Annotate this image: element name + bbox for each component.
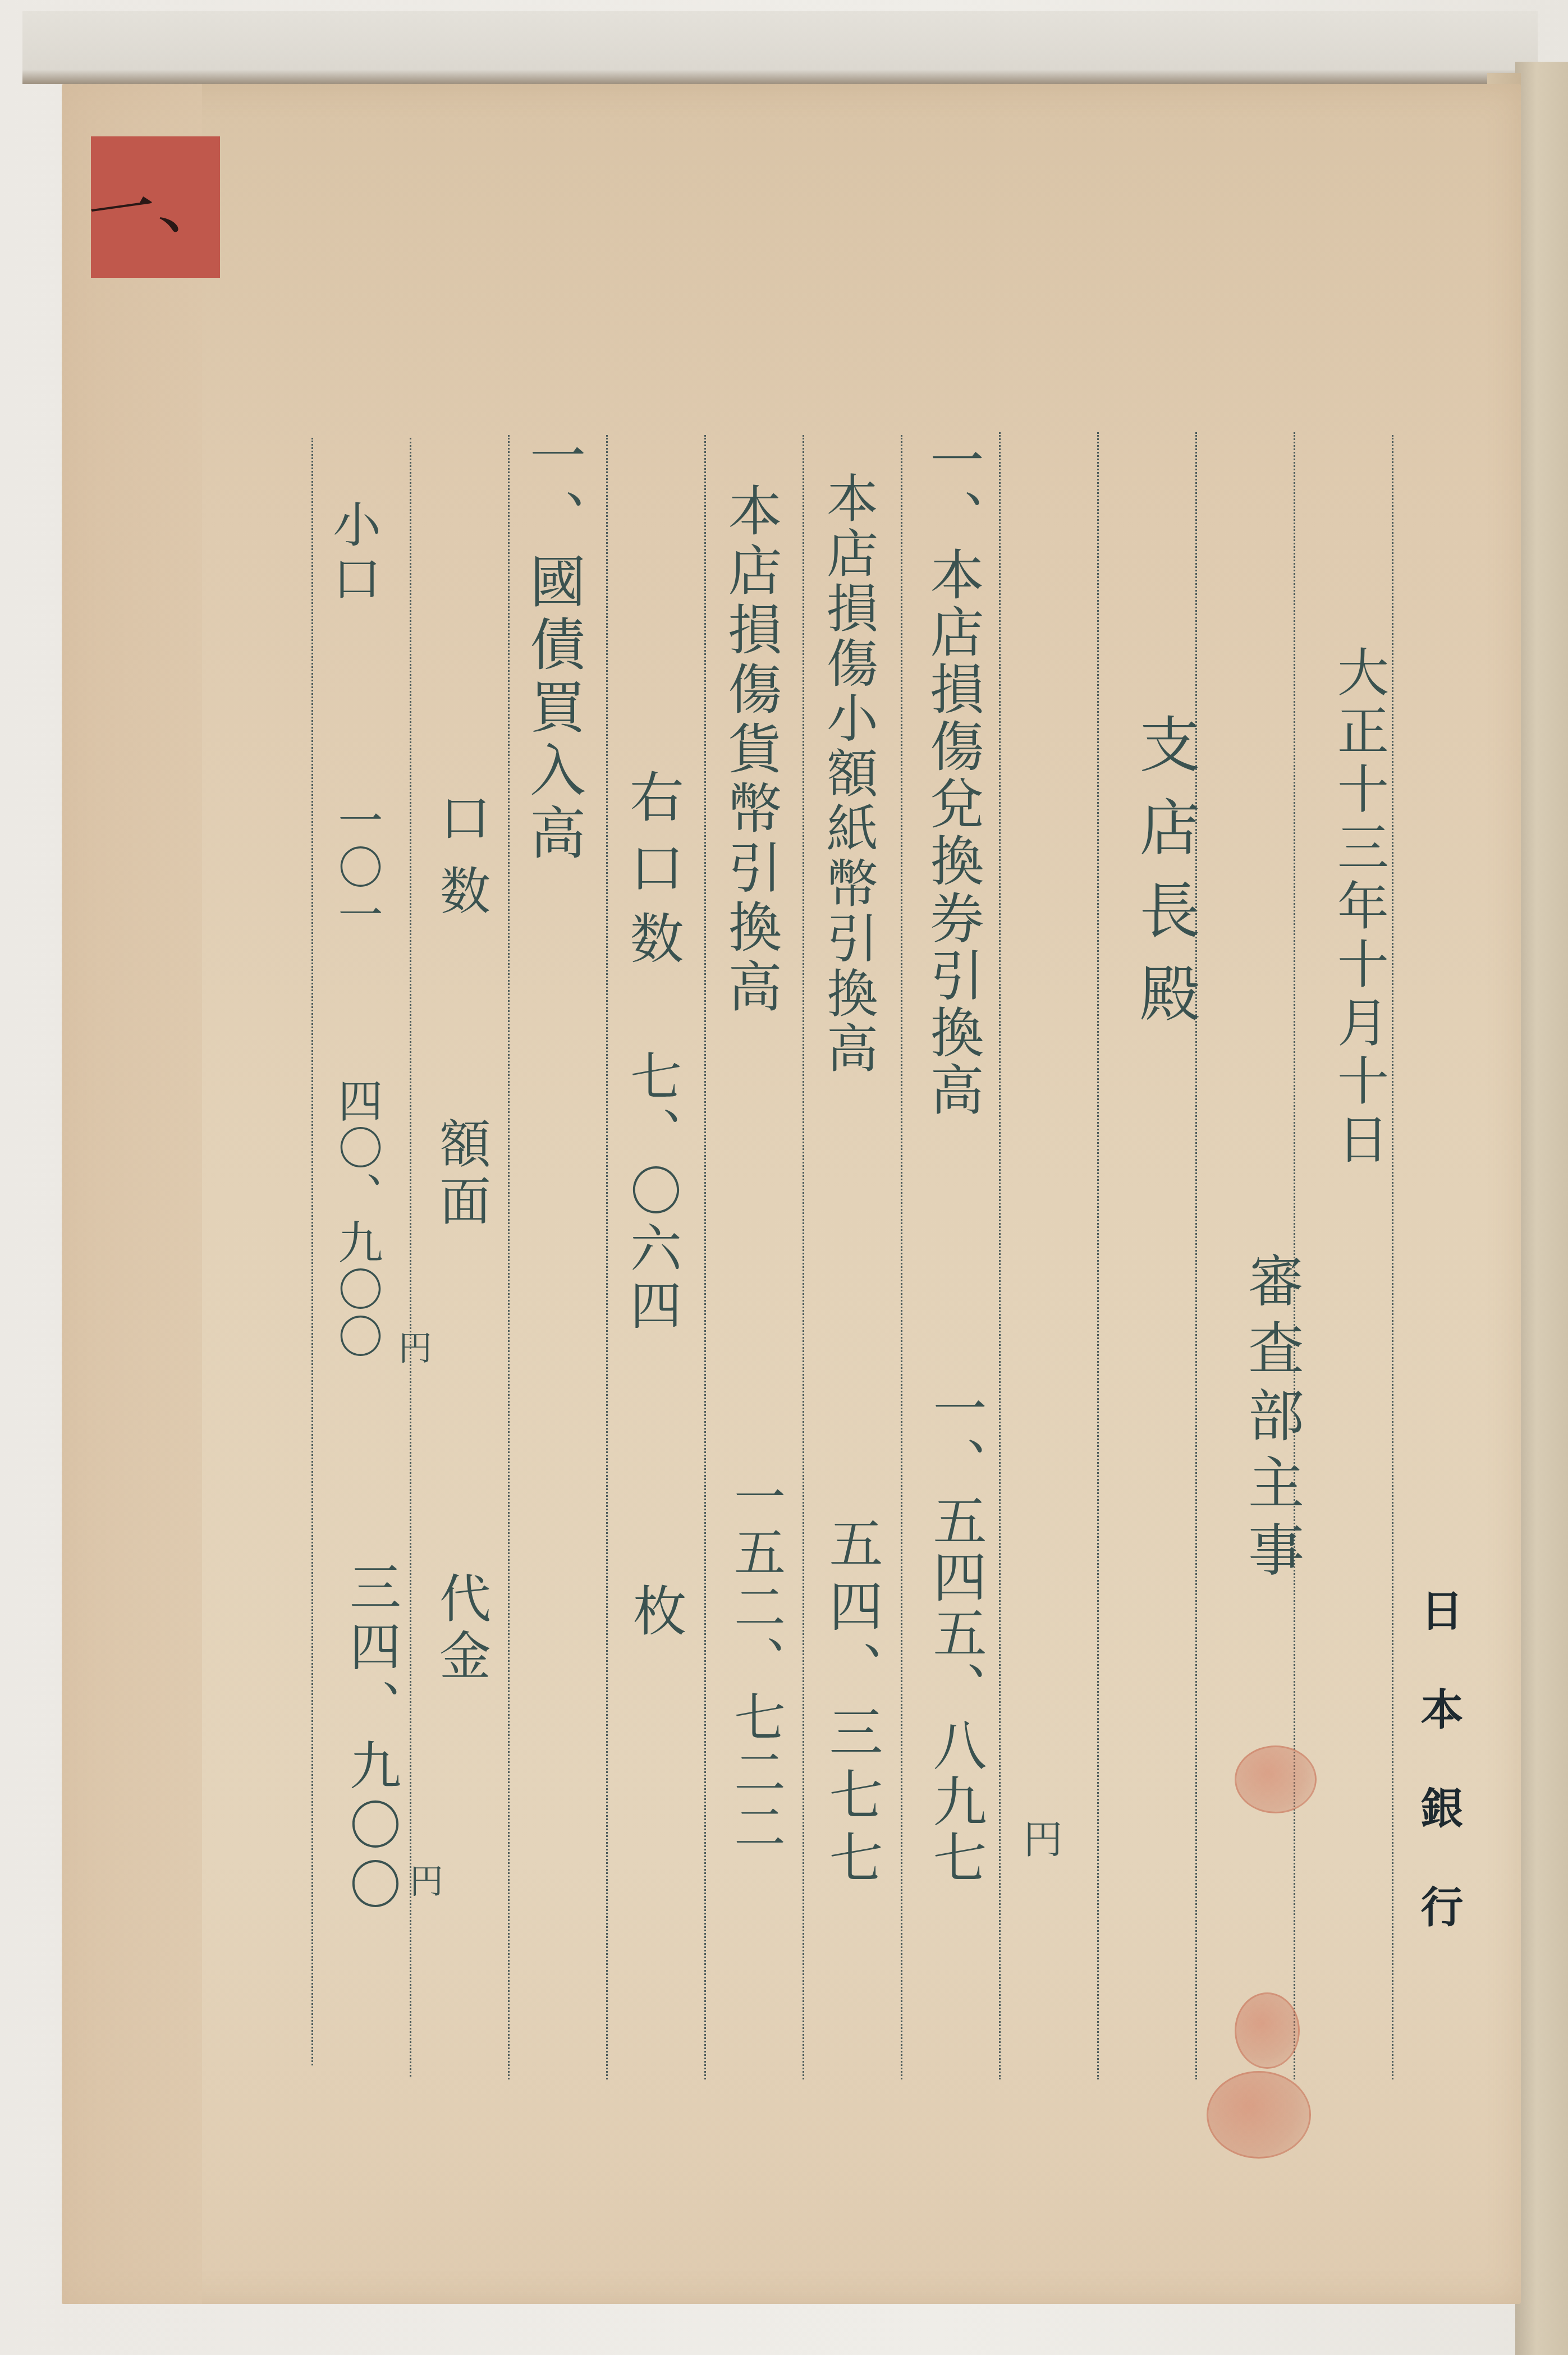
item-1-label: 一、本店損傷兌換券引換高 <box>926 432 980 1119</box>
page-left-discoloration <box>62 84 202 2304</box>
header-face-value: 額面 <box>435 1117 487 1231</box>
approval-seal-stamp <box>1207 2071 1311 2159</box>
addressee: 支店長殿 <box>1134 713 1194 1045</box>
item-3-label: 本店損傷貨幣引換高 <box>724 483 778 1018</box>
ruled-line <box>1392 435 1393 2079</box>
top-tissue-band <box>22 11 1538 84</box>
ruled-line <box>410 438 411 2077</box>
index-tab-label: 一、 <box>84 164 227 250</box>
item-2-amount: 五四、三七七 <box>825 1515 879 1893</box>
sender-seal-stamp <box>1235 1745 1317 1813</box>
sender-title: 審査部主事 <box>1243 1252 1299 1588</box>
count-label: 右口数 <box>626 769 680 981</box>
ruled-line <box>803 435 804 2079</box>
item-2-label: 本店損傷小額紙幣引換高 <box>822 471 874 1076</box>
approval-seal-stamp <box>1235 1992 1300 2069</box>
ruled-line <box>901 435 902 2079</box>
row-price: 三四、九〇〇 <box>345 1560 397 1917</box>
ruled-line <box>311 438 313 2065</box>
ruled-line <box>999 432 1001 2079</box>
header-price: 代金 <box>435 1571 487 1686</box>
document-page <box>62 84 1521 2304</box>
row-face-value: 四〇、九〇〇 <box>334 1078 379 1360</box>
item-1-amount: 一、五四五、八九七 <box>929 1381 983 1886</box>
row-count: 一〇一 <box>334 797 379 938</box>
row-price-unit: 円 <box>407 1863 441 1907</box>
ruled-line <box>1097 432 1099 2079</box>
row-face-value-unit: 円 <box>396 1330 429 1374</box>
institution-name: 日本銀行 <box>1417 1588 1460 1983</box>
ruled-line <box>508 435 510 2079</box>
count-value: 七、〇六四 <box>626 1050 677 1336</box>
item-1-unit: 円 <box>1020 1818 1060 1868</box>
bond-purchase-label: 一、國債買入高 <box>525 427 581 867</box>
item-3-amount: 一五二、七二二 <box>730 1470 781 1855</box>
ruled-line <box>606 435 608 2079</box>
index-tab: 一、 <box>91 136 220 278</box>
header-count: 口数 <box>435 791 485 937</box>
row-category: 小口 <box>328 500 377 607</box>
binding-edge <box>1515 62 1568 2355</box>
ruled-line <box>1195 432 1197 2079</box>
count-unit: 枚 <box>629 1583 682 1647</box>
document-date: 大正十三年十月十日 <box>1333 645 1384 1171</box>
ruled-line <box>704 435 706 2079</box>
